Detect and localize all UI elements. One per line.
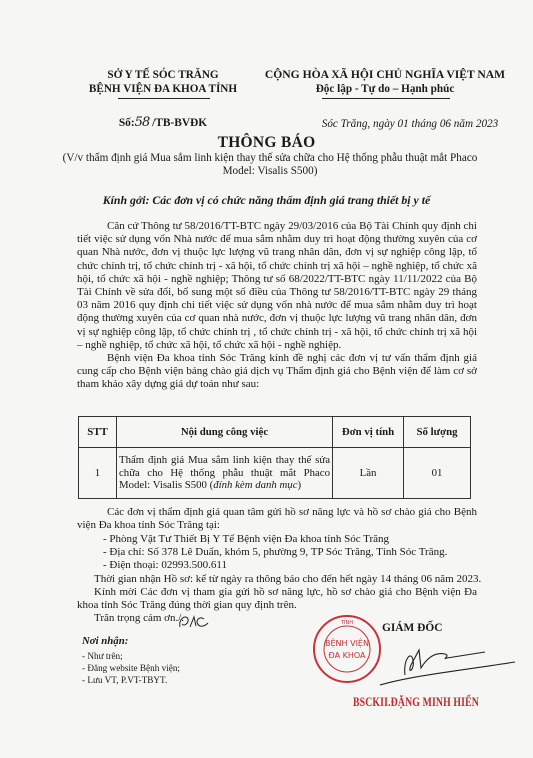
row-stt: 1 [79, 448, 117, 499]
svg-text:BỆNH VIỆN: BỆNH VIỆN [325, 637, 369, 649]
issuer-underline [118, 98, 210, 99]
row-quantity: 01 [404, 448, 471, 499]
official-stamp-icon: TỈNH BỆNH VIỆN ĐA KHOA [312, 614, 382, 684]
document-recipient: Kính gởi: Các đơn vị có chức năng thẩm đ… [60, 193, 473, 208]
col-stt: STT [79, 417, 117, 448]
deadline-text: Thời gian nhận Hồ sơ: kể từ ngày ra thôn… [77, 573, 494, 586]
invitation-text: Kính mời Các đơn vị tham gia gửi hồ sơ n… [77, 586, 477, 612]
document-number: Số:58 /TB-BVĐK [58, 115, 268, 130]
contact-address: - Địa chỉ: Số 378 Lê Duẩn, khóm 5, phườn… [77, 546, 503, 559]
recipient-item: - Đăng website Bệnh viện; [82, 662, 180, 674]
table-row: 1 Thẩm định giá Mua sắm linh kiện thay t… [79, 448, 471, 499]
handwritten-signature-icon [375, 630, 525, 690]
handwritten-number: 58 [135, 115, 150, 130]
recipients-title: Nơi nhận: [82, 635, 128, 647]
recipient-item: - Như trên; [82, 650, 123, 662]
national-header: CỘNG HÒA XÃ HỘI CHỦ NGHĨA VIỆT NAM Độc l… [255, 68, 515, 96]
table-header-row: STT Nội dung công việc Đơn vị tính Số lư… [79, 417, 471, 448]
col-content: Nội dung công việc [117, 417, 333, 448]
legal-basis-paragraph: Căn cứ Thông tư 58/2016/TT-BTC ngày 29/0… [77, 220, 477, 352]
issuer-hospital: BỆNH VIỆN ĐA KHOA TỈNH [58, 82, 268, 96]
row-content: Thẩm định giá Mua sắm linh kiện thay thế… [117, 448, 333, 499]
contact-phone: - Điện thoại: 02993.500.611 [77, 559, 503, 572]
contact-office: - Phòng Vật Tư Thiết Bị Y Tế Bệnh viện Đ… [77, 533, 503, 546]
document-page: SỞ Y TẾ SÓC TRĂNG BỆNH VIỆN ĐA KHOA TỈNH… [0, 0, 533, 758]
national-title: CỘNG HÒA XÃ HỘI CHỦ NGHĨA VIỆT NAM [255, 68, 515, 82]
row-unit: Lần [333, 448, 404, 499]
col-unit: Đơn vị tính [333, 417, 404, 448]
signer-name: BSCKII.ĐẶNG MINH HIỂN [353, 695, 479, 710]
issuer-department: SỞ Y TẾ SÓC TRĂNG [58, 68, 268, 82]
initial-signature-icon [176, 611, 210, 633]
recipient-item: - Lưu VT, P.VT-TBYT. [82, 674, 167, 686]
work-table: STT Nội dung công việc Đơn vị tính Số lư… [78, 416, 471, 499]
col-quantity: Số lượng [404, 417, 471, 448]
national-motto: Độc lập - Tự do – Hạnh phúc [255, 82, 515, 96]
submission-paragraph: Các đơn vị thẩm định giá quan tâm gửi hồ… [77, 506, 477, 532]
document-subject: (V/v thẩm định giá Mua sắm linh kiện tha… [55, 152, 485, 178]
issuer-block: SỞ Y TẾ SÓC TRĂNG BỆNH VIỆN ĐA KHOA TỈNH [58, 68, 268, 96]
svg-text:ĐA KHOA: ĐA KHOA [329, 651, 366, 660]
svg-text:TỈNH: TỈNH [340, 618, 353, 626]
document-title: THÔNG BÁO [60, 134, 473, 152]
document-date: Sóc Trăng, ngày 01 tháng 06 năm 2023 [300, 118, 520, 130]
motto-underline [322, 98, 450, 99]
request-paragraph: Bệnh viện Đa khoa tỉnh Sóc Trăng kính đề… [77, 352, 477, 392]
